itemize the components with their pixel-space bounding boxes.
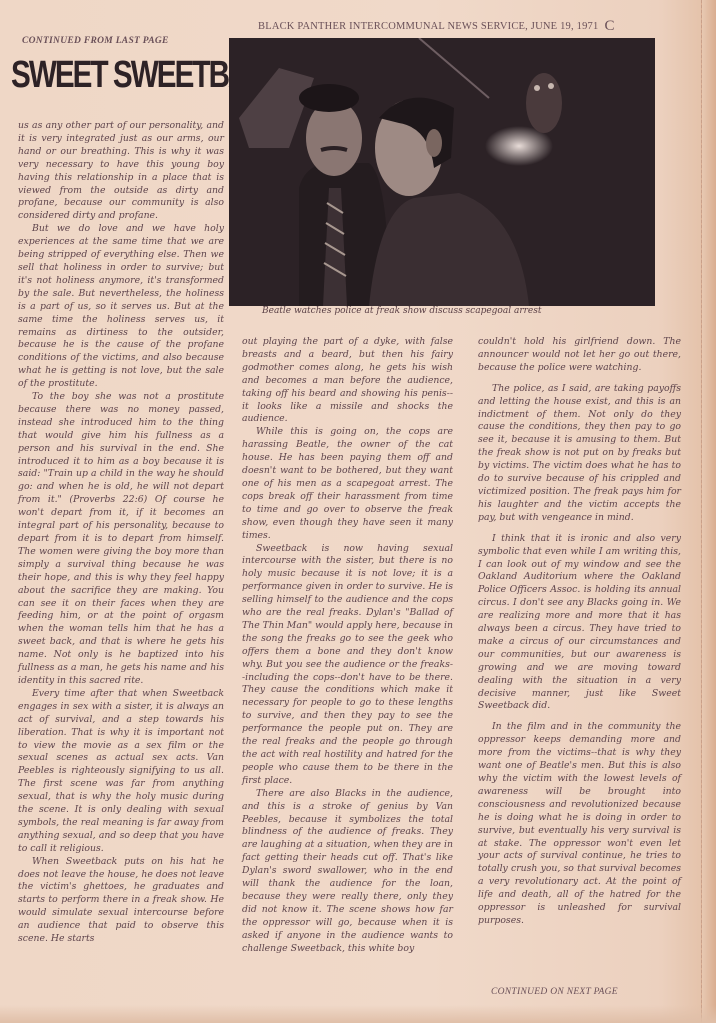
page-bottom-shadow bbox=[0, 1005, 716, 1023]
paragraph: When Sweetback puts on his hat he does n… bbox=[18, 856, 224, 946]
paragraph: The police, as I said, are taking payoff… bbox=[478, 383, 681, 525]
article-photo bbox=[229, 38, 655, 306]
photo-caption: Beatle watches police at freak show disc… bbox=[262, 306, 541, 316]
paragraph: us as any other part of our personality,… bbox=[18, 120, 224, 223]
page-torn-edge bbox=[701, 0, 716, 1023]
article-headline: SWEET SWEETBACK bbox=[11, 54, 179, 96]
masthead: BLACK PANTHER INTERCOMMUNAL NEWS SERVICE… bbox=[258, 18, 658, 35]
page-mark: C bbox=[604, 18, 614, 34]
paragraph: Sweetback is now having sexual intercour… bbox=[242, 543, 453, 788]
article-column-1: us as any other part of our personality,… bbox=[18, 120, 224, 946]
paragraph: But we do love and we have holy experien… bbox=[18, 223, 224, 391]
paragraph: Every time after that when Sweetback eng… bbox=[18, 688, 224, 856]
continued-next-label: CONTINUED ON NEXT PAGE bbox=[491, 987, 618, 997]
paragraph: There are also Blacks in the audience, a… bbox=[242, 788, 453, 956]
paragraph: While this is going on, the cops are har… bbox=[242, 426, 453, 542]
masthead-text: BLACK PANTHER INTERCOMMUNAL NEWS SERVICE… bbox=[258, 21, 598, 32]
newspaper-page: BLACK PANTHER INTERCOMMUNAL NEWS SERVICE… bbox=[0, 0, 716, 1023]
paragraph: To the boy she was not a prostitute beca… bbox=[18, 391, 224, 688]
continued-from-label: CONTINUED FROM LAST PAGE bbox=[22, 36, 169, 46]
article-column-2: out playing the part of a dyke, with fal… bbox=[242, 336, 453, 956]
photo-illustration-icon bbox=[229, 38, 655, 306]
paragraph: In the film and in the community the opp… bbox=[478, 721, 681, 928]
article-column-3: couldn't hold his girlfriend down. The a… bbox=[478, 336, 681, 928]
paragraph: I think that it is ironic and also very … bbox=[478, 533, 681, 714]
paragraph: out playing the part of a dyke, with fal… bbox=[242, 336, 453, 426]
paragraph: couldn't hold his girlfriend down. The a… bbox=[478, 336, 681, 375]
